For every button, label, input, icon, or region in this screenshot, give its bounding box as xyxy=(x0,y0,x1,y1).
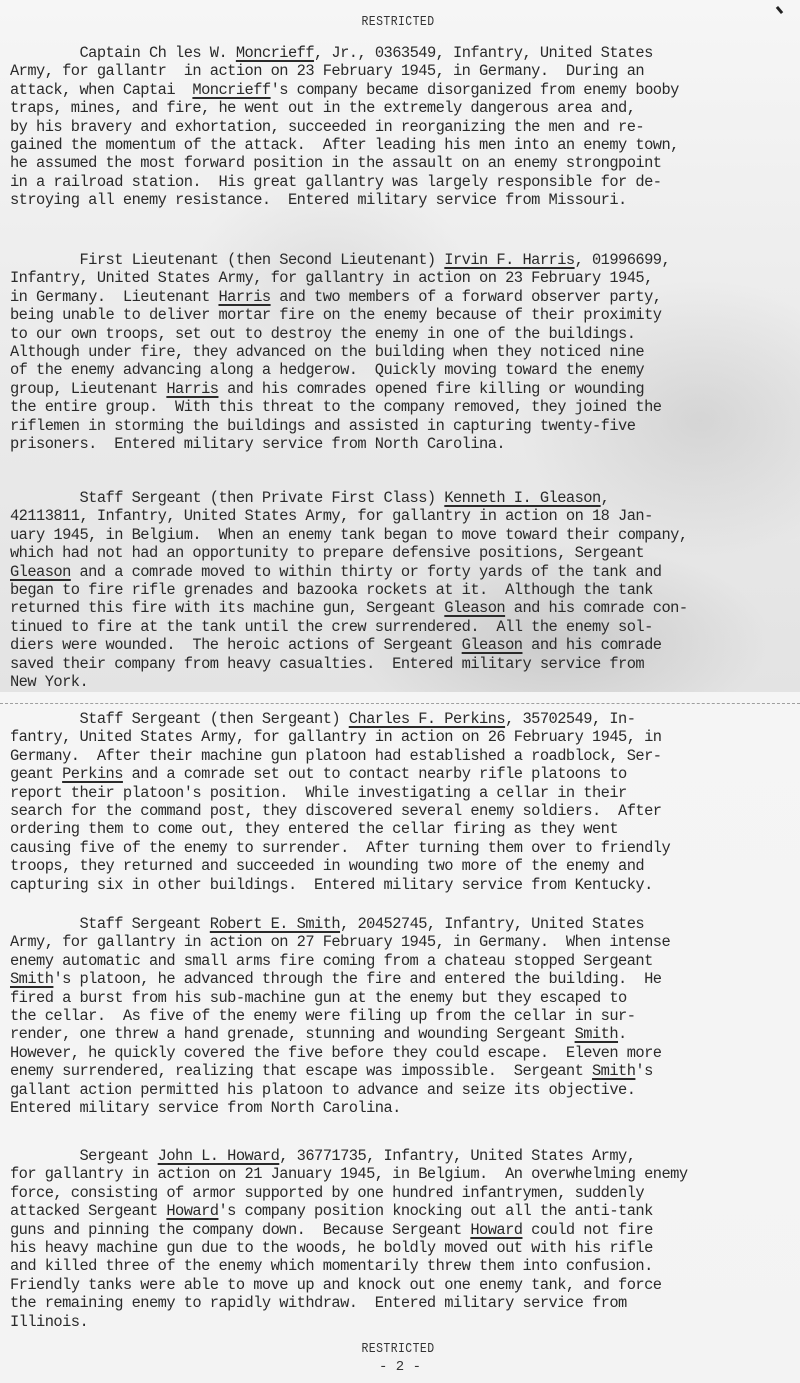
citation-harris: First Lieutenant (then Second Lieutenant… xyxy=(10,251,800,453)
citation-line: saved their company from heavy casualtie… xyxy=(10,655,800,673)
citation-line: began to fire rifle grenades and bazooka… xyxy=(10,581,800,599)
citation-line: which had not had an opportunity to prep… xyxy=(10,544,800,562)
citation-line: troops, they returned and succeeded in w… xyxy=(10,857,800,875)
scan-seam-divider xyxy=(0,703,800,704)
citation-line: gained the momentum of the attack. After… xyxy=(10,136,800,154)
citation-line: attack, when Captai Moncrieff's company … xyxy=(10,81,800,99)
citation-line: the remaining enemy to rapidly withdraw.… xyxy=(10,1294,800,1312)
citation-line: enemy surrendered, realizing that escape… xyxy=(10,1062,800,1080)
citation-line: the cellar. As five of the enemy were fi… xyxy=(10,1007,800,1025)
citation-line: fired a burst from his sub-machine gun a… xyxy=(10,989,800,1007)
citation-line: Friendly tanks were able to move up and … xyxy=(10,1276,800,1294)
citation-line: group, Lieutenant Harris and his comrade… xyxy=(10,380,800,398)
citation-line: ordering them to come out, they entered … xyxy=(10,820,800,838)
citation-line: by his bravery and exhortation, succeede… xyxy=(10,118,800,136)
citation-smith: Staff Sergeant Robert E. Smith, 20452745… xyxy=(10,915,800,1117)
citation-line: and killed three of the enemy which mome… xyxy=(10,1257,800,1275)
citation-line: Captain Ch les W. Moncrieff, Jr., 036354… xyxy=(10,44,800,62)
citation-line: returned this fire with its machine gun,… xyxy=(10,599,800,617)
citation-line: guns and pinning the company down. Becau… xyxy=(10,1221,800,1239)
citation-line: tinued to fire at the tank until the cre… xyxy=(10,618,800,636)
citation-line: Germany. After their machine gun platoon… xyxy=(10,747,800,765)
citation-line: in a railroad station. His great gallant… xyxy=(10,173,800,191)
citation-line: traps, mines, and fire, he went out in t… xyxy=(10,99,800,117)
citation-gleason: Staff Sergeant (then Private First Class… xyxy=(10,489,800,691)
citation-line: to our own troops, set out to destroy th… xyxy=(10,325,800,343)
citation-line: Staff Sergeant (then Private First Class… xyxy=(10,489,800,507)
citation-line: Illinois. xyxy=(10,1313,800,1331)
citation-line: Infantry, United States Army, for gallan… xyxy=(10,269,800,287)
classification-header: RESTRICTED xyxy=(70,14,726,30)
citation-perkins: Staff Sergeant (then Sergeant) Charles F… xyxy=(10,710,800,894)
citation-line: Smith's platoon, he advanced through the… xyxy=(10,970,800,988)
citation-line: render, one threw a hand grenade, stunni… xyxy=(10,1025,800,1043)
citation-line: riflemen in storming the buildings and a… xyxy=(10,417,800,435)
citation-line: stroying all enemy resistance. Entered m… xyxy=(10,191,800,209)
page-number: - 2 - xyxy=(0,1359,800,1375)
citation-line: he assumed the most forward position in … xyxy=(10,154,800,172)
citation-line: Sergeant John L. Howard, 36771735, Infan… xyxy=(10,1147,800,1165)
citation-line: prisoners. Entered military service from… xyxy=(10,435,800,453)
citation-line: Although under fire, they advanced on th… xyxy=(10,343,800,361)
citation-line: being unable to deliver mortar fire on t… xyxy=(10,306,800,324)
citation-line: geant Perkins and a comrade set out to c… xyxy=(10,765,800,783)
classification-footer: RESTRICTED xyxy=(70,1341,726,1357)
citation-line: of the enemy advancing along a hedgerow.… xyxy=(10,361,800,379)
citation-line: Staff Sergeant (then Sergeant) Charles F… xyxy=(10,710,800,728)
citation-line: force, consisting of armor supported by … xyxy=(10,1184,800,1202)
citation-line: First Lieutenant (then Second Lieutenant… xyxy=(10,251,800,269)
citation-line: enemy automatic and small arms fire comi… xyxy=(10,952,800,970)
citation-line: Staff Sergeant Robert E. Smith, 20452745… xyxy=(10,915,800,933)
citation-howard: Sergeant John L. Howard, 36771735, Infan… xyxy=(10,1147,800,1331)
citation-line: gallant action permitted his platoon to … xyxy=(10,1081,800,1099)
citation-line: However, he quickly covered the five bef… xyxy=(10,1044,800,1062)
citation-line: search for the command post, they discov… xyxy=(10,802,800,820)
citation-line: attacked Sergeant Howard's company posit… xyxy=(10,1202,800,1220)
citation-line: report their platoon's position. While i… xyxy=(10,784,800,802)
citation-line: fantry, United States Army, for gallantr… xyxy=(10,728,800,746)
citation-line: diers were wounded. The heroic actions o… xyxy=(10,636,800,654)
citation-line: Entered military service from North Caro… xyxy=(10,1099,800,1117)
citation-line: in Germany. Lieutenant Harris and two me… xyxy=(10,288,800,306)
citation-line: his heavy machine gun due to the woods, … xyxy=(10,1239,800,1257)
citation-line: 42113811, Infantry, United States Army, … xyxy=(10,507,800,525)
citation-line: causing five of the enemy to surrender. … xyxy=(10,839,800,857)
citation-line: New York. xyxy=(10,673,800,691)
citation-line: uary 1945, in Belgium. When an enemy tan… xyxy=(10,526,800,544)
citation-line: the entire group. With this threat to th… xyxy=(10,398,800,416)
citation-line: Army, for gallantr in action on 23 Febru… xyxy=(10,62,800,80)
citation-line: capturing six in other buildings. Entere… xyxy=(10,876,800,894)
citation-line: for gallantry in action on 21 January 19… xyxy=(10,1165,800,1183)
citation-moncrieff: Captain Ch les W. Moncrieff, Jr., 036354… xyxy=(10,44,800,210)
citation-line: Army, for gallantry in action on 27 Febr… xyxy=(10,933,800,951)
citation-line: Gleason and a comrade moved to within th… xyxy=(10,563,800,581)
